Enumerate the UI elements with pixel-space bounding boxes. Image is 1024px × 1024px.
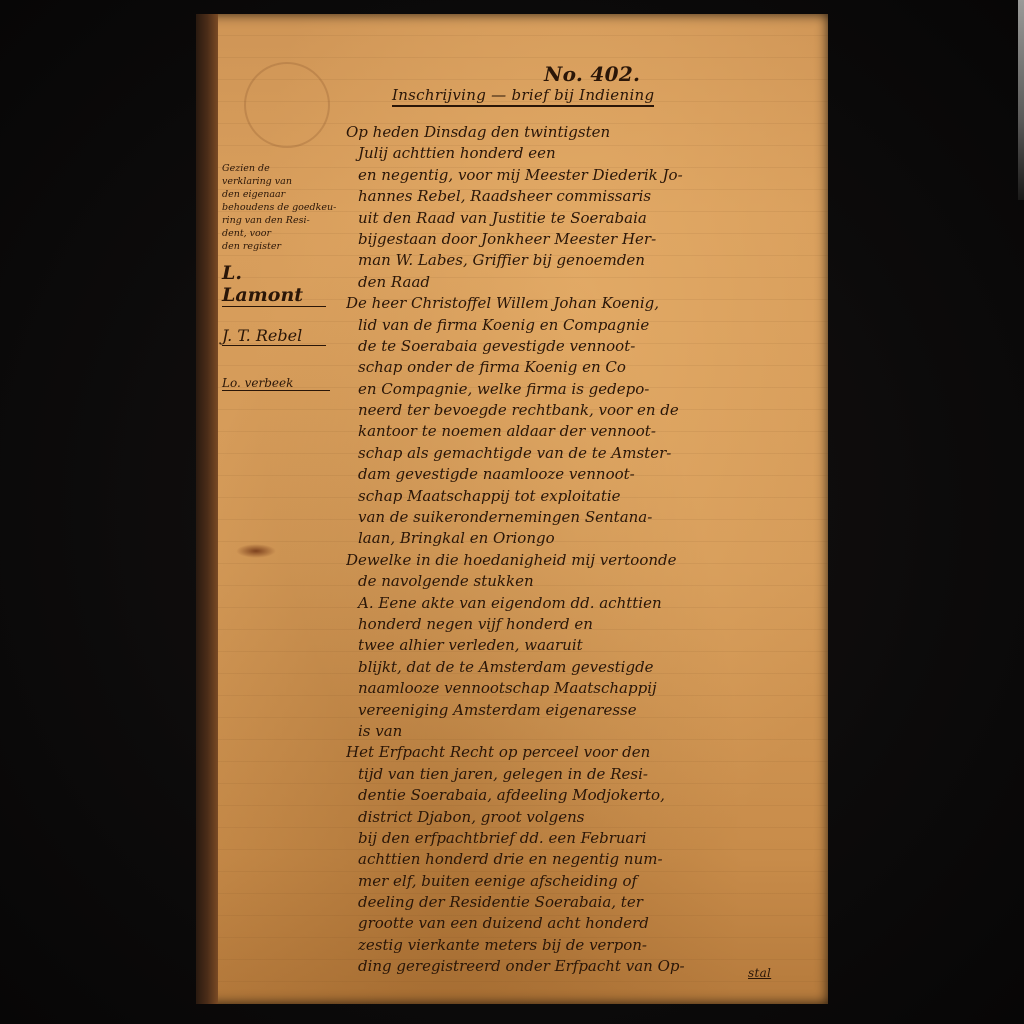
signature-3: Lo. verbeek — [222, 376, 330, 391]
body-line: zestig vierkante meters bij de verpon- — [346, 935, 821, 956]
margin-line: den register — [222, 240, 346, 253]
margin-line: den eigenaar — [222, 188, 346, 201]
body-line: dam gevestigde naamlooze vennoot- — [346, 464, 821, 485]
body-line: neerd ter bevoegde rechtbank, voor en de — [346, 400, 821, 421]
body-line: twee alhier verleden, waaruit — [346, 635, 821, 656]
body-line: deeling der Residentie Soerabaia, ter — [346, 892, 821, 913]
body-line: en negentig, voor mij Meester Diederik J… — [346, 165, 821, 186]
body-line: Op heden Dinsdag den twintigsten — [346, 122, 821, 143]
body-line: Dewelke in die hoedanigheid mij vertoond… — [346, 550, 821, 571]
margin-note: Gezien de verklaring van den eigenaar be… — [222, 162, 346, 253]
body-line: uit den Raad van Justitie te Soerabaia — [346, 208, 821, 229]
body-line: schap als gemachtigde van de te Amster- — [346, 443, 821, 464]
margin-line: behoudens de goedkeu- — [222, 201, 346, 214]
body-line: lid van de firma Koenig en Compagnie — [346, 315, 821, 336]
document-number: No. 402. — [544, 62, 640, 86]
body-line: honderd negen vijf honderd en — [346, 614, 821, 635]
faded-seal-stamp — [244, 62, 330, 148]
body-line: bij den erfpachtbrief dd. een Februari — [346, 828, 821, 849]
ink-stain — [236, 544, 276, 558]
closing-word: stal — [748, 966, 771, 980]
photo-stage: No. 402. Inschrijving — brief bij Indien… — [0, 0, 1024, 1024]
body-line: en Compagnie, welke firma is gedepo- — [346, 379, 821, 400]
body-line: kantoor te noemen aldaar der vennoot- — [346, 421, 821, 442]
body-line: tijd van tien jaren, gelegen in de Resi- — [346, 764, 821, 785]
margin-line: Gezien de — [222, 162, 346, 175]
body-line: dentie Soerabaia, afdeeling Modjokerto, — [346, 785, 821, 806]
adjacent-page-edge — [1018, 0, 1024, 200]
binding-edge — [196, 14, 218, 1004]
margin-line: ring van den Resi- — [222, 214, 346, 227]
body-line: A. Eene akte van eigendom dd. achttien — [346, 593, 821, 614]
body-line: is van — [346, 721, 821, 742]
body-line: mer elf, buiten eenige afscheiding of — [346, 871, 821, 892]
body-line: De heer Christoffel Willem Johan Koenig, — [346, 293, 821, 314]
body-line: Het Erfpacht Recht op perceel voor den — [346, 742, 821, 763]
body-line: naamlooze vennootschap Maatschappij — [346, 678, 821, 699]
body-line: man W. Labes, Griffier bij genoemden — [346, 250, 821, 271]
manuscript-page: No. 402. Inschrijving — brief bij Indien… — [196, 14, 828, 1004]
body-line: schap onder de firma Koenig en Co — [346, 357, 821, 378]
body-text: Op heden Dinsdag den twintigstenJulij ac… — [346, 122, 821, 978]
body-line: schap Maatschappij tot exploitatie — [346, 486, 821, 507]
margin-line: verklaring van — [222, 175, 346, 188]
body-line: bijgestaan door Jonkheer Meester Her- — [346, 229, 821, 250]
body-line: Julij achttien honderd een — [346, 143, 821, 164]
signature-2: J. T. Rebel — [222, 326, 326, 346]
body-line: de te Soerabaia gevestigde vennoot- — [346, 336, 821, 357]
body-line: grootte van een duizend acht honderd — [346, 913, 821, 934]
signature-1: L. Lamont — [222, 262, 326, 307]
body-line: van de suikerondernemingen Sentana- — [346, 507, 821, 528]
body-line: hannes Rebel, Raadsheer commissaris — [346, 186, 821, 207]
body-line: de navolgende stukken — [346, 571, 821, 592]
body-line: achttien honderd drie en negentig num- — [346, 849, 821, 870]
body-line: vereeniging Amsterdam eigenaresse — [346, 700, 821, 721]
margin-line: dent, voor — [222, 227, 346, 240]
body-line: district Djabon, groot volgens — [346, 807, 821, 828]
document-heading: Inschrijving — brief bij Indiening — [392, 86, 654, 107]
body-line: den Raad — [346, 272, 821, 293]
body-line: blijkt, dat de te Amsterdam gevestigde — [346, 657, 821, 678]
body-line: laan, Bringkal en Oriongo — [346, 528, 821, 549]
